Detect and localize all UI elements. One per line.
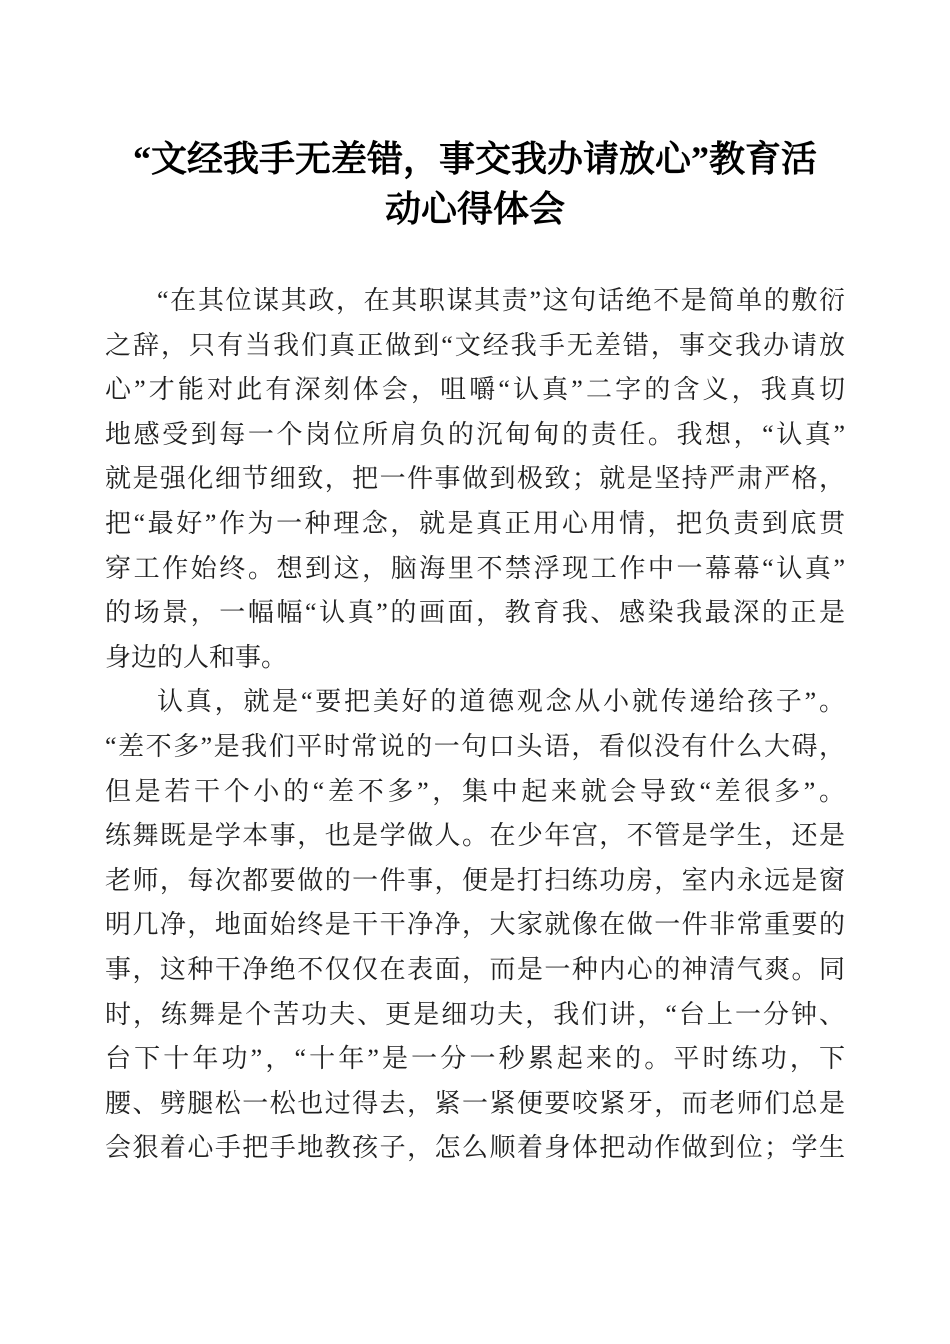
text-line: 明几净，地面始终是干干净净，大家就像在做一件非常重要的 bbox=[105, 903, 845, 948]
text-line: 之辞，只有当我们真正做到“文经我手无差错，事交我办请放 bbox=[105, 324, 845, 369]
text-line: 穿工作始终。想到这，脑海里不禁浮现工作中一幕幕“认真” bbox=[105, 547, 845, 592]
text-line: 时，练舞是个苦功夫、更是细功夫，我们讲，“台上一分钟、 bbox=[105, 993, 845, 1038]
document-title: “文经我手无差错，事交我办请放心”教育活动心得体会 bbox=[0, 0, 950, 234]
document-body: “在其位谋其政，在其职谋其责”这句话绝不是简单的敷衍之辞，只有当我们真正做到“文… bbox=[105, 279, 845, 1171]
text-line: 事，这种干净绝不仅仅在表面，而是一种内心的神清气爽。同 bbox=[105, 948, 845, 993]
text-line: 把“最好”作为一种理念，就是真正用心用情，把负责到底贯 bbox=[105, 502, 845, 547]
paragraph: “在其位谋其政，在其职谋其责”这句话绝不是简单的敷衍之辞，只有当我们真正做到“文… bbox=[105, 279, 845, 680]
text-line: 认真，就是“要把美好的道德观念从小就传递给孩子”。 bbox=[105, 680, 845, 725]
text-line: 但是若干个小的“差不多”，集中起来就会导致“差很多”。 bbox=[105, 770, 845, 815]
text-line: “在其位谋其政，在其职谋其责”这句话绝不是简单的敷衍 bbox=[105, 279, 845, 324]
text-line: 会狠着心手把手地教孩子，怎么顺着身体把动作做到位；学生 bbox=[105, 1126, 845, 1171]
text-line: 腰、劈腿松一松也过得去，紧一紧便要咬紧牙，而老师们总是 bbox=[105, 1082, 845, 1127]
paragraph: 认真，就是“要把美好的道德观念从小就传递给孩子”。“差不多”是我们平时常说的一句… bbox=[105, 680, 845, 1171]
text-line: 心”才能对此有深刻体会，咀嚼“认真”二字的含义，我真切 bbox=[105, 368, 845, 413]
document-title-line: “文经我手无差错，事交我办请放心”教育活 bbox=[105, 134, 845, 184]
text-line: 练舞既是学本事，也是学做人。在少年宫，不管是学生，还是 bbox=[105, 814, 845, 859]
text-line: 身边的人和事。 bbox=[105, 636, 845, 681]
text-line: 老师，每次都要做的一件事，便是打扫练功房，室内永远是窗 bbox=[105, 859, 845, 904]
text-line: 就是强化细节细致，把一件事做到极致；就是坚持严肃严格， bbox=[105, 457, 845, 502]
text-line: 地感受到每一个岗位所肩负的沉甸甸的责任。我想，“认真” bbox=[105, 413, 845, 458]
text-line: “差不多”是我们平时常说的一句口头语，看似没有什么大碍， bbox=[105, 725, 845, 770]
text-line: 台下十年功”，“十年”是一分一秒累起来的。平时练功，下 bbox=[105, 1037, 845, 1082]
text-line: 的场景，一幅幅“认真”的画面，教育我、感染我最深的正是 bbox=[105, 591, 845, 636]
document-title-line: 动心得体会 bbox=[105, 184, 845, 234]
document-page: “文经我手无差错，事交我办请放心”教育活动心得体会 “在其位谋其政，在其职谋其责… bbox=[0, 0, 950, 1344]
